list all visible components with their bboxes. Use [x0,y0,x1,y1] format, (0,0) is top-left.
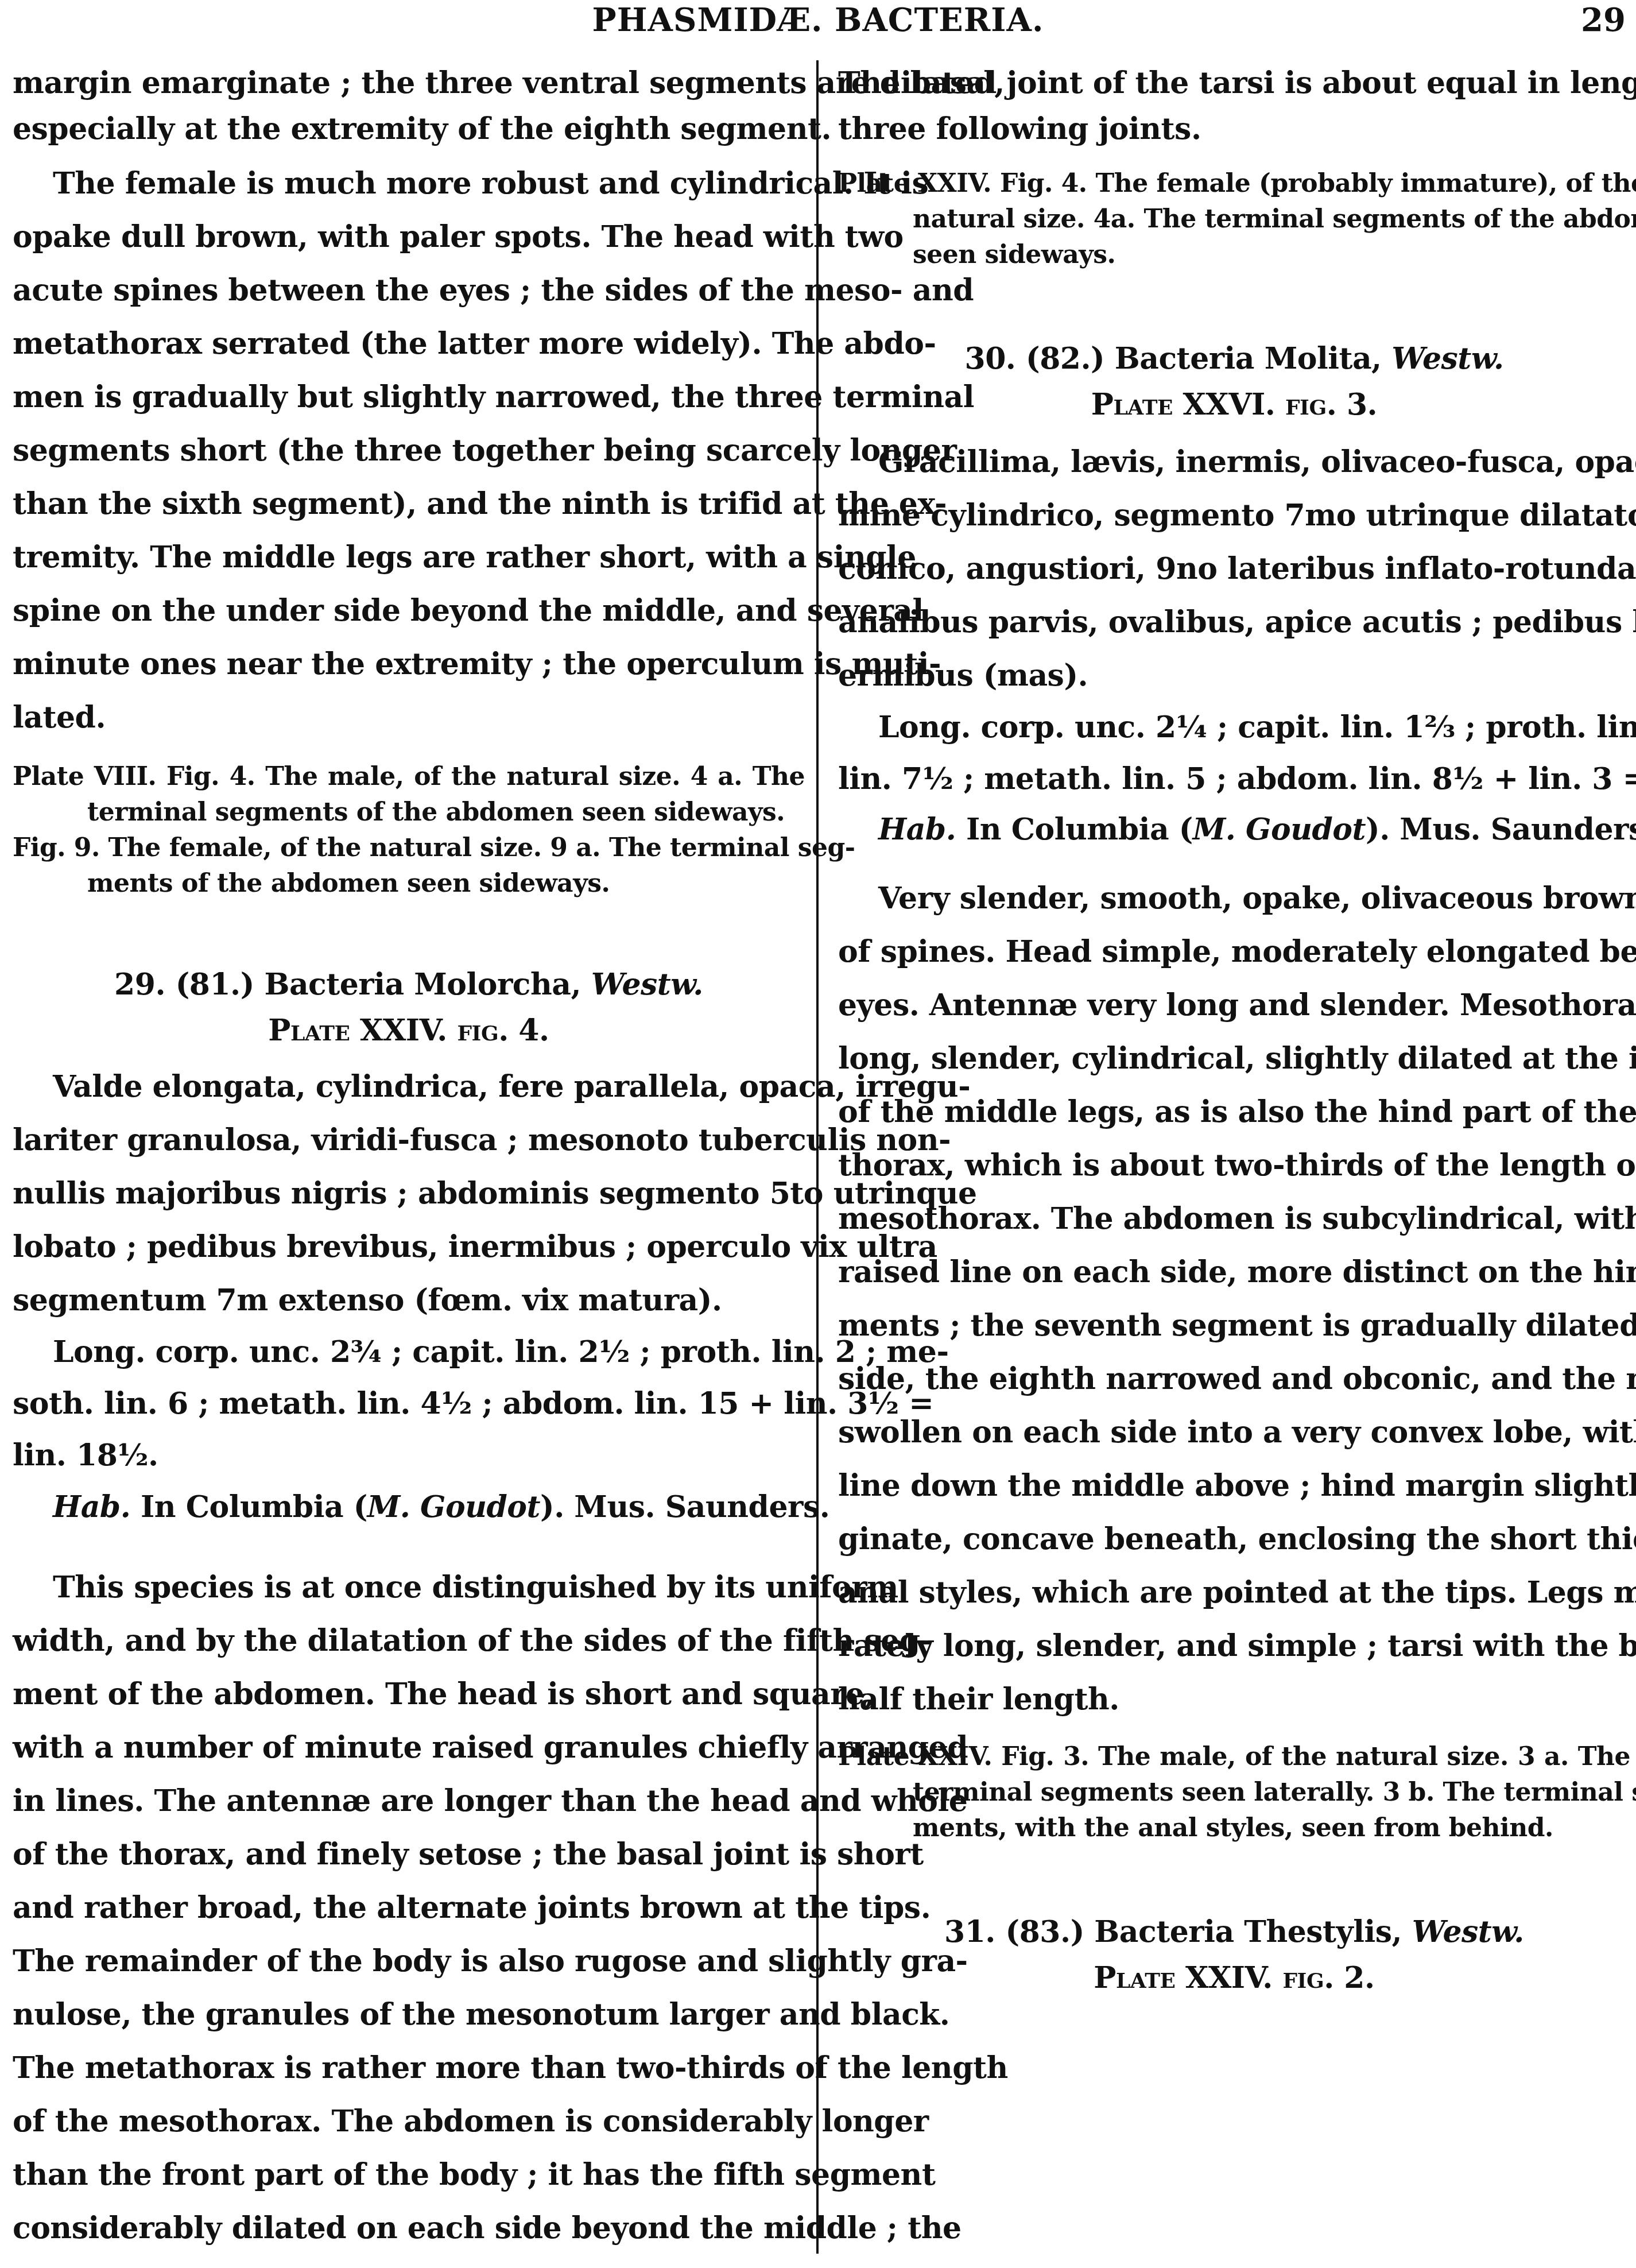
habitat-line: Hab. In Columbia (M. Goudot). Mus. Saund… [838,807,1630,853]
text-line: margin emarginate ; the three ventral se… [13,60,805,106]
description-line: This species is at once distinguished by… [13,1565,805,1611]
measurement-line: soth. lin. 6 ; metath. lin. 4½ ; abdom. … [13,1381,805,1427]
text-line: acute spines between the eyes ; the side… [13,268,805,314]
plate-note-line: Plate VIII. Fig. 4. The male, of the nat… [13,760,805,794]
plate-note-line: Fig. 9. The female, of the natural size.… [13,831,805,865]
species-title: 29. (81.) Bacteria Molorcha, [114,967,591,1002]
text-line: segments short (the three together being… [13,428,805,474]
species-heading: 29. (81.) Bacteria Molorcha, Westw. [13,962,805,1008]
text-line: The basal joint of the tarsi is about eq… [838,60,1630,106]
plate-note-line: terminal segments of the abdomen seen si… [13,795,805,830]
description-line: ment of the abdomen. The head is short a… [13,1671,805,1717]
species-author: Westw. [1391,341,1503,376]
description-line: long, slender, cylindrical, slightly dil… [838,1036,1630,1082]
text-line: three following joints. [838,106,1630,152]
description-line: side, the eighth narrowed and obconic, a… [838,1356,1630,1402]
measurement-line: Long. corp. unc. 2¼ ; capit. lin. 1⅔ ; p… [838,705,1630,750]
description-line: of the middle legs, as is also the hind … [838,1089,1630,1135]
running-header: PHASMIDÆ. BACTERIA. 29 [0,1,1636,41]
habitat-text: In Columbia ( [956,812,1193,847]
description-line: swollen on each side into a very convex … [838,1410,1630,1456]
plate-reference: Plate XXIV. fig. 4. [13,1008,805,1054]
description-line: mesothorax. The abdomen is subcylindrica… [838,1196,1630,1242]
plate-reference: Plate XXIV. fig. 2. [838,1955,1630,2001]
plate-note-line: natural size. 4a. The terminal segments … [838,202,1630,237]
species-title: 31. (83.) Bacteria Thestylis, [944,1914,1412,1949]
plate-note-line: terminal segments seen laterally. 3 b. T… [838,1775,1630,1810]
description-line: line down the middle above ; hind margin… [838,1463,1630,1509]
plate-reference: Plate XXVI. fig. 3. [838,382,1630,428]
species-title: 30. (82.) Bacteria Molita, [964,341,1391,376]
description-line: anal styles, which are pointed at the ti… [838,1570,1630,1616]
measurement-line: lin. 18½. [13,1433,805,1479]
measurement-line: lin. 7½ ; metath. lin. 5 ; abdom. lin. 8… [838,756,1630,802]
habitat-tail: ). Mus. Saunders. [1366,812,1636,847]
description-line: ginate, concave beneath, enclosing the s… [838,1516,1630,1562]
plate-note-line: ments of the abdomen seen sideways. [13,866,805,901]
diagnosis-line: lobato ; pedibus brevibus, inermibus ; o… [13,1224,805,1270]
habitat-label: Hab. [878,812,956,847]
text-line: spine on the under side beyond the middl… [13,588,805,634]
diagnosis-line: nullis majoribus nigris ; abdominis segm… [13,1171,805,1217]
text-line: than the sixth segment), and the ninth i… [13,481,805,527]
diagnosis-line: Valde elongata, cylindrica, fere paralle… [13,1064,805,1110]
species-author: Westw. [1412,1914,1524,1949]
text-line: lated. [13,695,805,741]
description-line: The remainder of the body is also rugose… [13,1938,805,1984]
description-line: nulose, the granules of the mesonotum la… [13,1992,805,2038]
description-line: thorax, which is about two-thirds of the… [838,1143,1630,1189]
description-line: eyes. Antennæ very long and slender. Mes… [838,982,1630,1028]
description-line: of the thorax, and finely setose ; the b… [13,1832,805,1878]
collector: M. Goudot [1193,812,1366,847]
text-line: men is gradually but slightly narrowed, … [13,374,805,420]
diagnosis-line: conico, angustiori, 9no lateribus inflat… [838,546,1630,592]
habitat-label: Hab. [53,1489,130,1524]
collector: M. Goudot [367,1489,540,1524]
description-line: and rather broad, the alternate joints b… [13,1885,805,1931]
description-line: raised line on each side, more distinct … [838,1249,1630,1295]
diagnosis-line: mine cylindrico, segmento 7mo utrinque d… [838,493,1630,539]
species-heading: 30. (82.) Bacteria Molita, Westw. [838,336,1630,382]
plate-note-line: Plate XXIV. Fig. 4. The female (probably… [838,167,1630,201]
text-line: opake dull brown, with paler spots. The … [13,214,805,260]
plate-note-line: Plate XXIV. Fig. 3. The male, of the nat… [838,1740,1630,1774]
habitat-text: In Columbia ( [130,1489,367,1524]
text-line: minute ones near the extremity ; the ope… [13,641,805,687]
description-line: than the front part of the body ; it has… [13,2152,805,2198]
description-line: Very slender, smooth, opake, olivaceous … [838,876,1630,922]
text-line: metathorax serrated (the latter more wid… [13,321,805,367]
description-line: The metathorax is rather more than two-t… [13,2045,805,2091]
plate-note-line: seen sideways. [838,238,1630,272]
species-author: Westw. [591,967,703,1002]
habitat-line: Hab. In Columbia (M. Goudot). Mus. Saund… [13,1484,805,1530]
description-line: of the mesothorax. The abdomen is consid… [13,2099,805,2145]
description-line: width, and by the dilatation of the side… [13,1618,805,1664]
diagnosis-line: Gracillima, lævis, inermis, olivaceo-fus… [838,439,1630,485]
habitat-tail: ). Mus. Saunders. [540,1489,829,1524]
text-line: tremity. The middle legs are rather shor… [13,535,805,580]
text-line: The female is much more robust and cylin… [13,161,805,207]
description-line: with a number of minute raised granules … [13,1725,805,1771]
diagnosis-line: lariter granulosa, viridi-fusca ; mesono… [13,1117,805,1163]
running-title: PHASMIDÆ. BACTERIA. [0,1,1636,39]
description-line: considerably dilated on each side beyond… [13,2205,805,2251]
diagnosis-line: segmentum 7m extenso (fœm. vix matura). [13,1278,805,1323]
description-line: of spines. Head simple, moderately elong… [838,929,1630,975]
description-line: in lines. The antennæ are longer than th… [13,1778,805,1824]
description-line: half their length. [838,1677,1630,1723]
description-line: ments ; the seventh segment is gradually… [838,1303,1630,1349]
page-number: 29 [1581,1,1626,39]
description-line: rately long, slender, and simple ; tarsi… [838,1623,1630,1669]
diagnosis-line: ermibus (mas). [838,653,1630,699]
text-line: especially at the extremity of the eight… [13,106,805,152]
species-heading: 31. (83.) Bacteria Thestylis, Westw. [838,1909,1630,1955]
diagnosis-line: analibus parvis, ovalibus, apice acutis … [838,599,1630,645]
plate-note-line: ments, with the anal styles, seen from b… [838,1811,1630,1845]
measurement-line: Long. corp. unc. 2¾ ; capit. lin. 2½ ; p… [13,1329,805,1375]
